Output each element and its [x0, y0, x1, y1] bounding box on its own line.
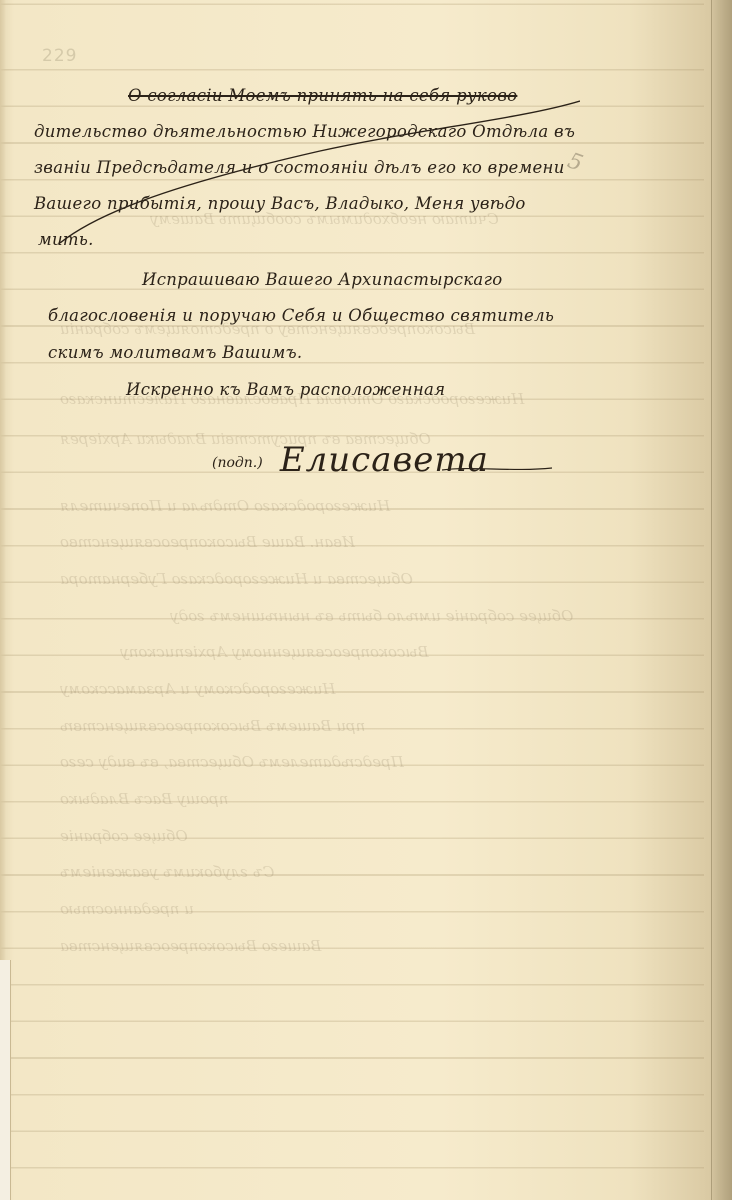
bleed-through-line: при Вашемъ Высокопреосвященствѣ — [60, 717, 365, 735]
struck-line-3: званіи Предсѣдателя и о состояніи дѣлъ е… — [34, 158, 565, 177]
struck-line-5: мить. — [38, 230, 94, 249]
bleed-through-line: Общее собраніе — [60, 827, 188, 845]
left-binding-strip — [0, 960, 11, 1200]
bleed-through-line: прошу Васъ Владыко — [60, 790, 228, 808]
paragraph-line-2: благословенія и поручаю Себя и Общество … — [48, 306, 554, 325]
struck-line-1: О согласіи Моемъ принять на себя руково — [128, 86, 517, 105]
ruled-lines — [0, 0, 704, 1200]
bleed-through-line: Высокопреосвященному Архіепископу — [120, 643, 429, 661]
bleed-through-line: Предсѣдателемъ Общества, въ виду сего — [60, 753, 404, 771]
bleed-through-line: Нижегородскому и Арзамасскому — [60, 680, 336, 698]
bleed-through-line: Иван. Ваше Высокопреосвященство — [60, 533, 355, 551]
signature-prefix: (подп.) — [212, 452, 263, 477]
bleed-through-line: Общества и Нижегородскаго Губернатора — [60, 570, 413, 588]
bleed-through-line: и преданностью — [60, 900, 194, 918]
document-page: 229 5 Считаю необходимымъ сообщить Вашем… — [0, 0, 732, 1200]
struck-line-4: Вашего прибытія, прошу Васъ, Владыко, Ме… — [34, 194, 526, 213]
bleed-through-line: Нижегородскаго Отдѣла и Попечителя — [60, 497, 390, 515]
signature-flourish — [442, 462, 552, 476]
bleed-through-line: Вашего Высокопреосвященства — [60, 937, 321, 955]
right-page-edge — [711, 0, 732, 1200]
signature: (подп.) Елисавета — [212, 440, 489, 480]
bleed-through-line: Съ глубокимъ уваженіемъ — [60, 863, 274, 881]
struck-line-2: дительство дѣятельностью Нижегородскаго … — [34, 122, 575, 141]
paragraph-line-1: Испрашиваю Вашего Архипастырскаго — [142, 270, 502, 289]
bleed-through-line: Общее собраніе имѣло быть въ нынѣшнемъ г… — [170, 607, 573, 625]
page-number: 229 — [42, 46, 77, 66]
closing-line: Искренно къ Вамъ расположенная — [126, 380, 445, 399]
paragraph-line-3: скимъ молитвамъ Вашимъ. — [48, 343, 302, 362]
